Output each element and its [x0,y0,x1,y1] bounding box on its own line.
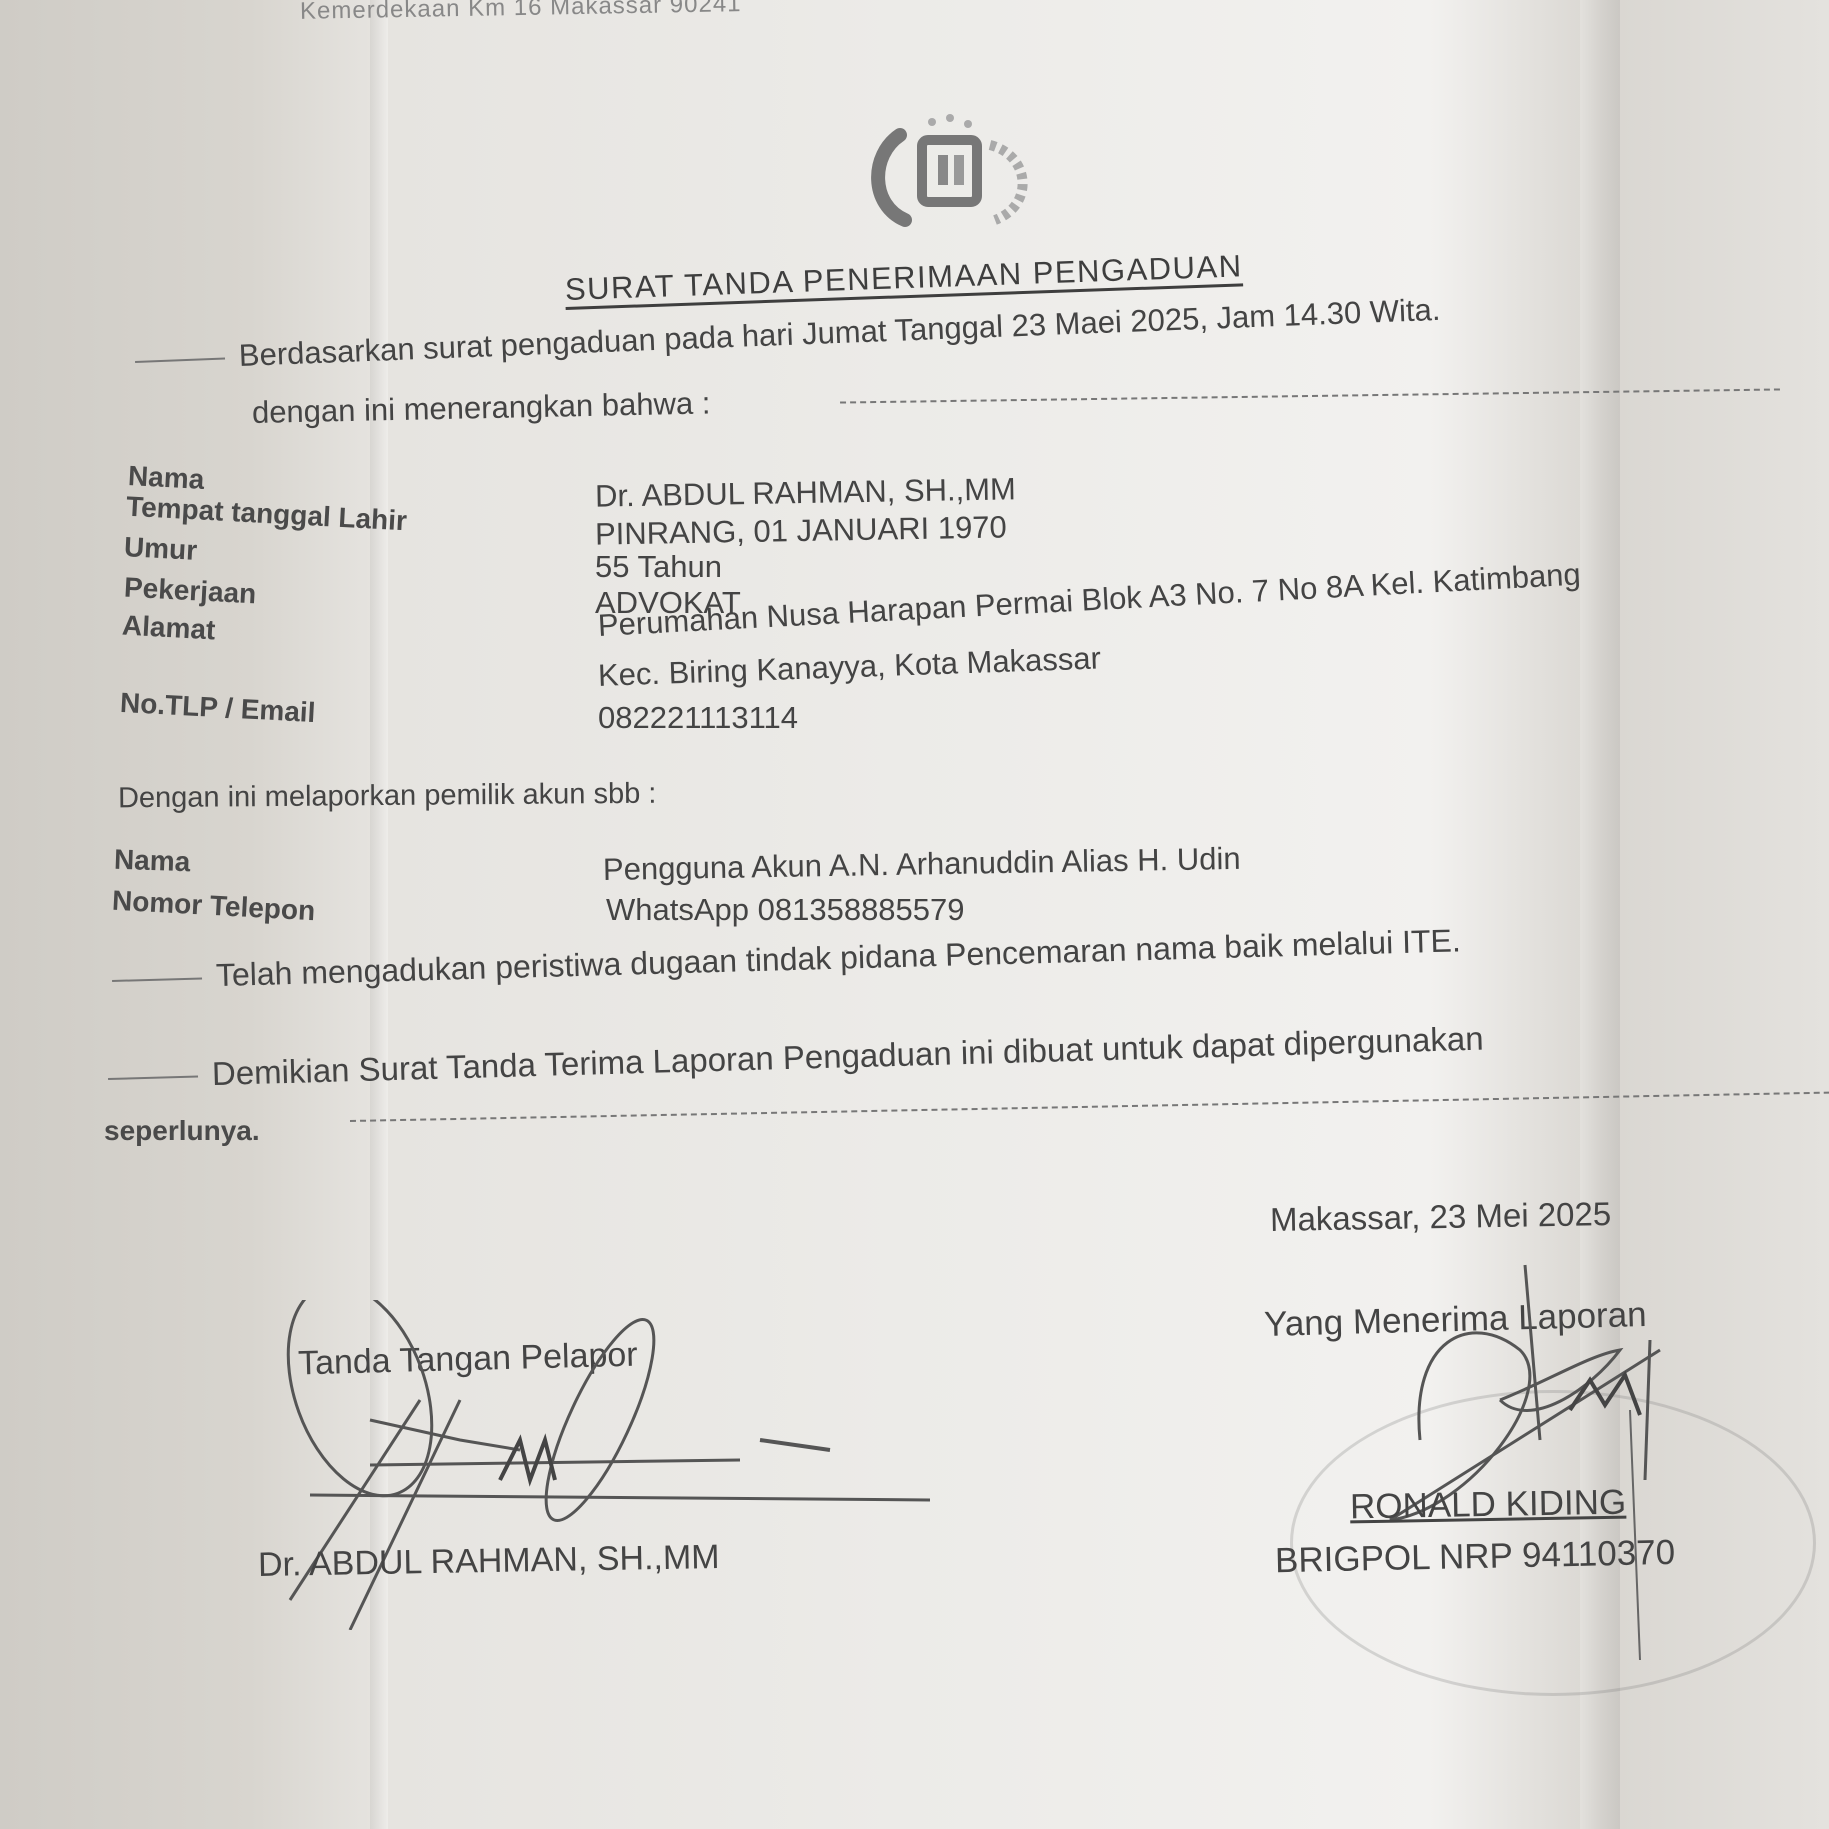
receiver-name: RONALD KIDING [1350,1483,1627,1528]
receiver-signature-icon [1330,1260,1750,1680]
intro-text: Berdasarkan surat pengaduan pada hari Ju… [238,292,1441,373]
value-umur: 55 Tahun [595,549,722,585]
intro-line-1: Berdasarkan surat pengaduan pada hari Ju… [134,292,1441,378]
dash-leader [108,1076,198,1081]
intro-line-2: dengan ini menerangkan bahwa : [252,385,711,431]
label-reported-telepon: Nomor Telepon [111,885,316,928]
value-telp: 082221113114 [598,700,798,736]
label-pekerjaan: Pekerjaan [123,572,257,611]
label-ttl: Tempat tanggal Lahir [125,491,407,538]
closing-text: Demikian Surat Tanda Terima Laporan Peng… [211,1020,1484,1093]
fill-line [350,1092,1829,1122]
complaint-receipt-document: Kemerdekaan Km 16 Makassar 90241 SURAT T… [0,0,1829,1829]
reported-intro: Dengan ini melaporkan pemilik akun sbb : [118,778,657,816]
label-alamat: Alamat [121,610,216,647]
label-reported-nama: Nama [113,844,190,879]
closing-line-2: seperlunya. [104,1115,260,1147]
statement-text: Telah mengadukan peristiwa dugaan tindak… [215,922,1461,993]
value-nama: Dr. ABDUL RAHMAN, SH.,MM [595,471,1016,514]
value-reported-telepon: WhatsApp 081358885579 [606,892,965,928]
statement-line: Telah mengadukan peristiwa dugaan tindak… [111,922,1461,997]
letterhead-address: Kemerdekaan Km 16 Makassar 90241 [300,0,742,26]
value-ttl: PINRANG, 01 JANUARI 1970 [595,509,1007,552]
dash-leader [112,977,202,982]
document-title: SURAT TANDA PENERIMAAN PENGADUAN [564,248,1243,308]
closing-line-1: Demikian Surat Tanda Terima Laporan Peng… [107,1020,1484,1096]
label-umur: Umur [123,531,198,567]
label-telp: No.TLP / Email [119,687,316,729]
place-date: Makassar, 23 Mei 2025 [1270,1195,1612,1239]
fill-line [840,388,1780,403]
police-emblem-icon [860,110,1050,240]
receiver-rank-nrp: BRIGPOL NRP 94110370 [1275,1533,1676,1581]
value-alamat-2: Kec. Biring Kanayya, Kota Makassar [597,640,1101,694]
dash-leader [135,357,225,362]
value-reported-nama: Pengguna Akun A.N. Arhanuddin Alias H. U… [603,841,1241,888]
reporter-name: Dr. ABDUL RAHMAN, SH.,MM [258,1538,720,1585]
value-alamat: Perumahan Nusa Harapan Permai Blok A3 No… [597,557,1581,644]
